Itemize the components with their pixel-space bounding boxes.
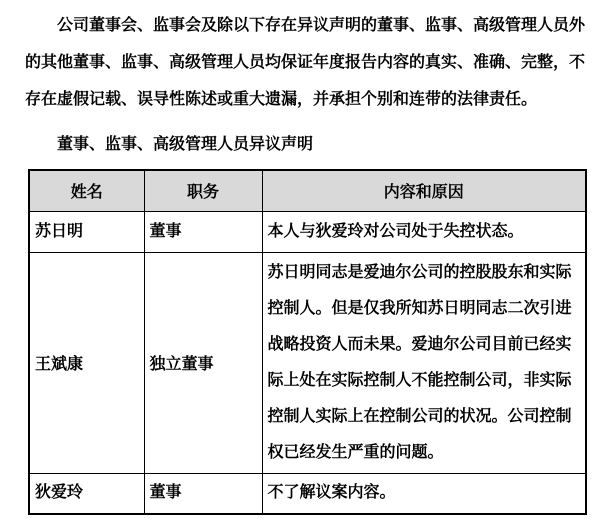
- dissent-statement-table: 姓名 职务 内容和原因 苏日明 董事 本人与狄爱玲对公司处于失控状态。 王斌康 …: [28, 169, 587, 515]
- column-header-name: 姓名: [29, 170, 144, 211]
- column-header-content: 内容和原因: [262, 170, 586, 211]
- table-row: 王斌康 独立董事 苏日明同志是爱迪尔公司的控股股东和实际控制人。但是仅我所知苏日…: [29, 252, 586, 473]
- cell-content: 苏日明同志是爱迪尔公司的控股股东和实际控制人。但是仅我所知苏日明同志二次引进战略…: [262, 252, 586, 473]
- cell-name: 王斌康: [29, 252, 144, 473]
- table-row: 苏日明 董事 本人与狄爱玲对公司处于失控状态。: [29, 211, 586, 252]
- cell-content: 不了解议案内容。: [262, 473, 586, 514]
- document-page: 公司董事会、监事会及除以下存在异议声明的董事、监事、高级管理人员外的其他董事、监…: [0, 0, 609, 519]
- cell-content: 本人与狄爱玲对公司处于失控状态。: [262, 211, 586, 252]
- column-header-position: 职务: [144, 170, 262, 211]
- table-header-row: 姓名 职务 内容和原因: [29, 170, 586, 211]
- cell-position: 董事: [144, 473, 262, 514]
- cell-position: 独立董事: [144, 252, 262, 473]
- cell-name: 苏日明: [29, 211, 144, 252]
- board-guarantee-statement: 公司董事会、监事会及除以下存在异议声明的董事、监事、高级管理人员外的其他董事、监…: [0, 0, 609, 118]
- cell-position: 董事: [144, 211, 262, 252]
- table-row: 狄爱玲 董事 不了解议案内容。: [29, 473, 586, 514]
- dissent-section-title: 董事、监事、高级管理人员异议声明: [0, 118, 609, 156]
- cell-name: 狄爱玲: [29, 473, 144, 514]
